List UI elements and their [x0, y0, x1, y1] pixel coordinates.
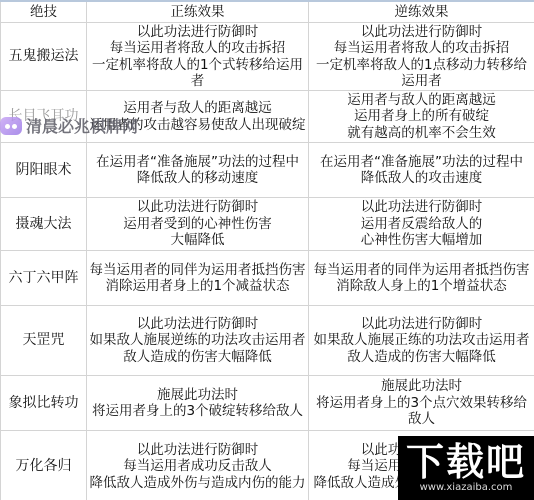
positive-effect: 以此功法进行防御时 运用者受到的心神性伤害 大幅降低: [87, 198, 309, 251]
positive-effect: 以此功法进行防御时 每当运用者将敌人的攻击拆招 一定机率将敌人的1个式转移给运用…: [87, 23, 309, 91]
negative-effect: 运用者与敌人的距离越远 运用者身上的所有破绽 就有越高的机率不会生效: [309, 91, 534, 143]
negative-effect: 在运用者“准备施展”功法的过程中 降低敌人的攻击速度: [309, 143, 534, 198]
table-row: 天罡咒 以此功法进行防御时 如果敌人施展逆练的功法攻击运用者 敌人造成的伤害大幅…: [1, 306, 534, 376]
header-positive: 正练效果: [87, 1, 309, 23]
gamepad-logo-icon: [0, 117, 22, 135]
skills-table: 绝技 正练效果 逆练效果 五鬼搬运法 以此功法进行防御时 每当运用者将敌人的攻击…: [0, 0, 534, 500]
header-negative: 逆练效果: [309, 1, 534, 23]
table-row: 五鬼搬运法 以此功法进行防御时 每当运用者将敌人的攻击拆招 一定机率将敌人的1个…: [1, 23, 534, 91]
negative-effect: 以此功法进行防御时 运用者反震给敌人的 心神性伤害大幅增加: [309, 198, 534, 251]
table-row: 阴阳眼术 在运用者“准备施展”功法的过程中 降低敌人的移动速度 在运用者“准备施…: [1, 143, 534, 198]
table-row: 象拟比转功 施展此功法时 将运用者身上的3个破绽转移给敌人 施展此功法时 将运用…: [1, 376, 534, 431]
negative-effect: 每当运用者的同伴为运用者抵挡伤害 消除敌人身上的1个增益状态: [309, 251, 534, 306]
skill-name: 象拟比转功: [1, 376, 87, 431]
watermark-url: www.xiazaiba.com: [420, 482, 513, 494]
skill-name: 六丁六甲阵: [1, 251, 87, 306]
watermark-logo-text: 下载吧: [406, 442, 526, 482]
skill-name: 摄魂大法: [1, 198, 87, 251]
negative-effect: 以此功法进行防御时 如果敌人施展正练的功法攻击运用者 敌人造成的伤害大幅降低: [309, 306, 534, 376]
table-row: 摄魂大法 以此功法进行防御时 运用者受到的心神性伤害 大幅降低 以此功法进行防御…: [1, 198, 534, 251]
skill-name: 天罡咒: [1, 306, 87, 376]
negative-effect: 施展此功法时 将运用者身上的3个点穴效果转移给敌人: [309, 376, 534, 431]
skill-name: 五鬼搬运法: [1, 23, 87, 91]
positive-effect: 以此功法进行防御时 每当运用者成功反击敌人 降低敌人造成外伤与造成内伤的能力: [87, 431, 309, 500]
skill-name: 万化各归: [1, 431, 87, 500]
watermark-bottom-right: 下载吧 www.xiazaiba.com: [398, 436, 534, 500]
table-row: 六丁六甲阵 每当运用者的同伴为运用者抵挡伤害 消除运用者身上的1个减益状态 每当…: [1, 251, 534, 306]
watermark-top-left: 清晨必兆棋牌网: [0, 114, 138, 137]
positive-effect: 每当运用者的同伴为运用者抵挡伤害 消除运用者身上的1个减益状态: [87, 251, 309, 306]
negative-effect: 以此功法进行防御时 每当运用者将敌人的攻击拆招 一定机率将敌人的1点移动力转移给…: [309, 23, 534, 91]
positive-effect: 以此功法进行防御时 如果敌人施展逆练的功法攻击运用者 敌人造成的伤害大幅降低: [87, 306, 309, 376]
positive-effect: 施展此功法时 将运用者身上的3个破绽转移给敌人: [87, 376, 309, 431]
header-row: 绝技 正练效果 逆练效果: [1, 1, 534, 23]
skill-name: 阴阳眼术: [1, 143, 87, 198]
header-skill: 绝技: [1, 1, 87, 23]
positive-effect: 在运用者“准备施展”功法的过程中 降低敌人的移动速度: [87, 143, 309, 198]
watermark-text: 清晨必兆棋牌网: [26, 114, 138, 137]
